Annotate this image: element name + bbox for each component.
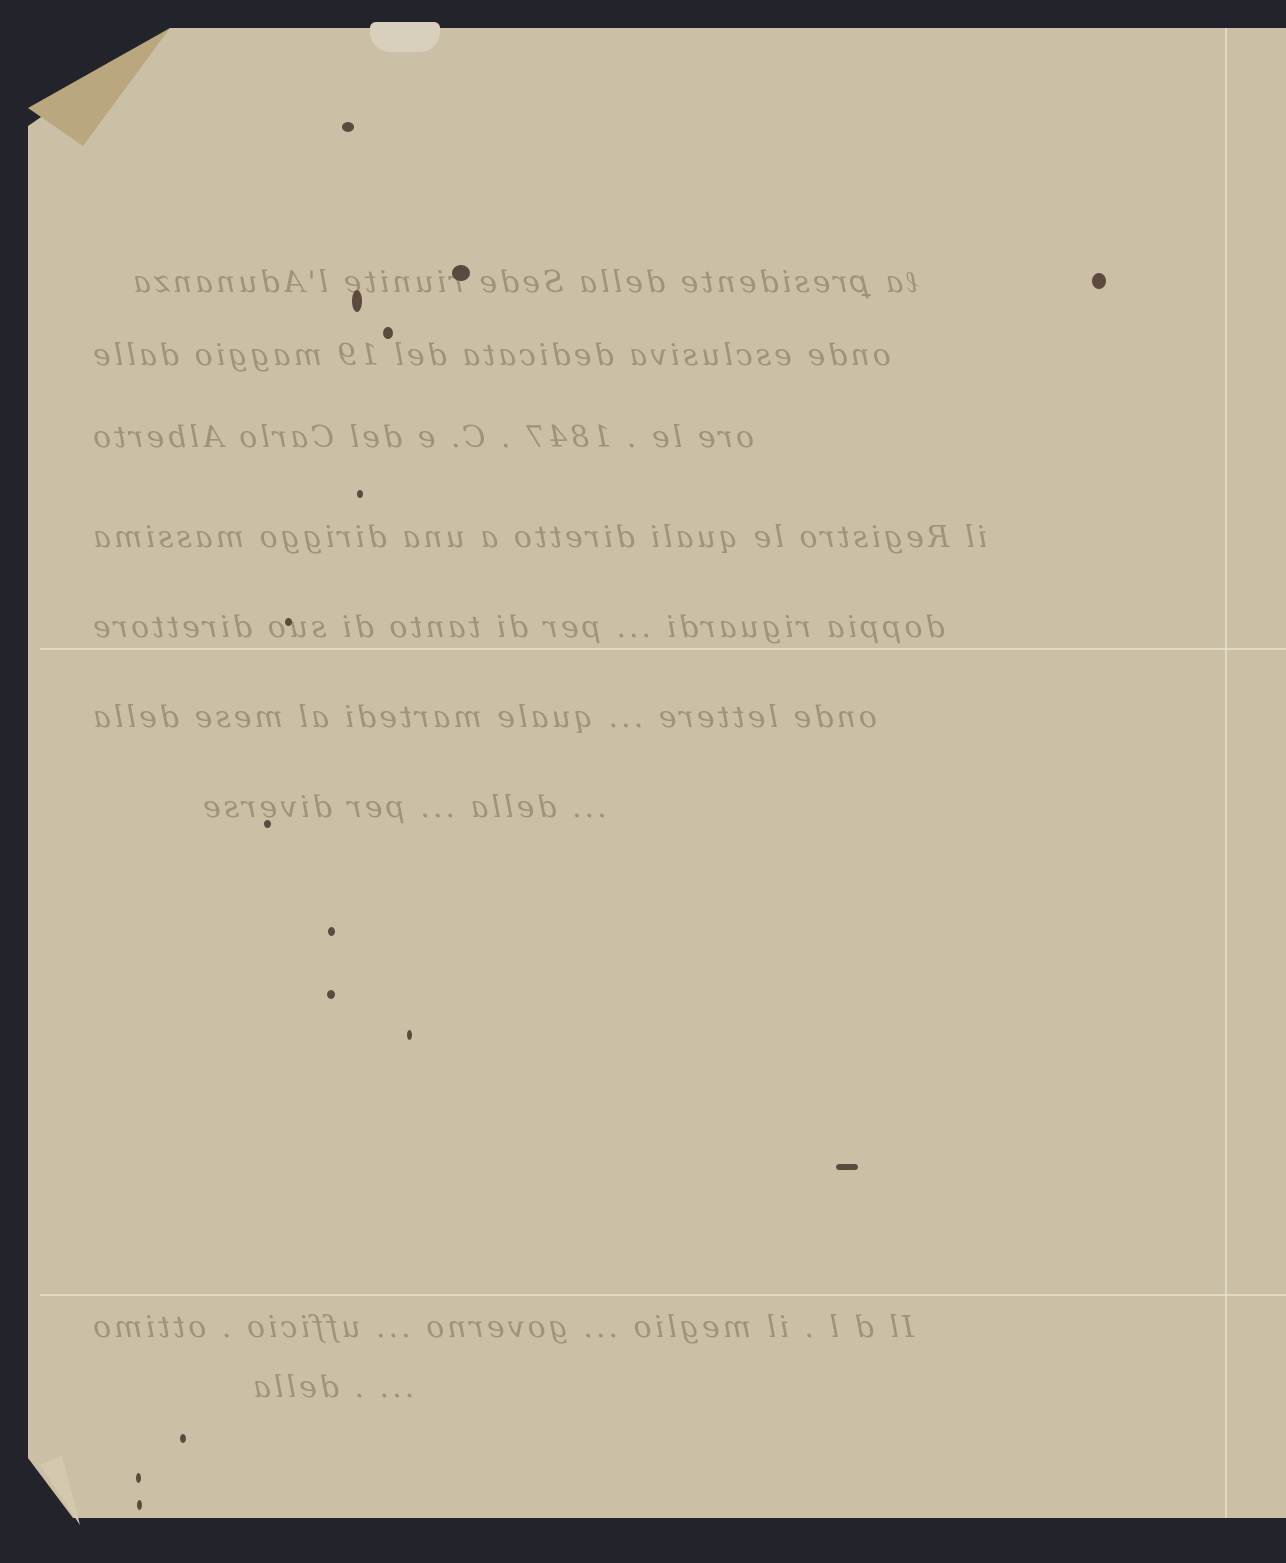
bleed-through-line: Il d l . il meglio ... governo ... uffic… bbox=[90, 1310, 914, 1345]
fold-crease-horizontal-lower bbox=[40, 1294, 1286, 1296]
ink-blot bbox=[452, 265, 470, 281]
ink-blot bbox=[357, 490, 363, 498]
paper-tear bbox=[370, 22, 440, 52]
ink-blot bbox=[1092, 273, 1106, 289]
bleed-through-line: doppia riguardi ... per di tanto di suo … bbox=[90, 610, 945, 645]
fold-crease-horizontal bbox=[40, 648, 1286, 650]
ink-blot bbox=[836, 1164, 858, 1170]
bleed-through-line: ... . della bbox=[250, 1370, 414, 1405]
ink-blot bbox=[407, 1030, 412, 1040]
ink-blot bbox=[327, 990, 335, 999]
ink-blot bbox=[137, 1500, 142, 1510]
bleed-through-line: il Registro le quali diretto a una dirig… bbox=[90, 520, 987, 555]
ink-blot bbox=[180, 1434, 186, 1443]
bleed-through-line: ... della ... per diverse bbox=[200, 790, 607, 825]
bleed-through-line: ore le . 1847 . C. e del Carlo Alberto bbox=[90, 420, 754, 455]
ink-blot bbox=[328, 927, 335, 936]
ink-blot bbox=[352, 290, 362, 312]
ink-blot bbox=[383, 327, 393, 339]
fold-crease-vertical bbox=[1225, 28, 1227, 1518]
ink-blot bbox=[264, 820, 271, 828]
ink-blot bbox=[342, 122, 354, 132]
ink-blot bbox=[136, 1473, 141, 1483]
bleed-through-line: onde lettere ... quale martedi al mese d… bbox=[90, 700, 877, 735]
ink-blot bbox=[285, 618, 292, 626]
bleed-through-line: onde esclusiva dedicata del 19 maggio da… bbox=[90, 338, 891, 373]
bleed-through-line: ℓa ꝑresidente della Sede riunite l'Aduna… bbox=[130, 265, 919, 300]
